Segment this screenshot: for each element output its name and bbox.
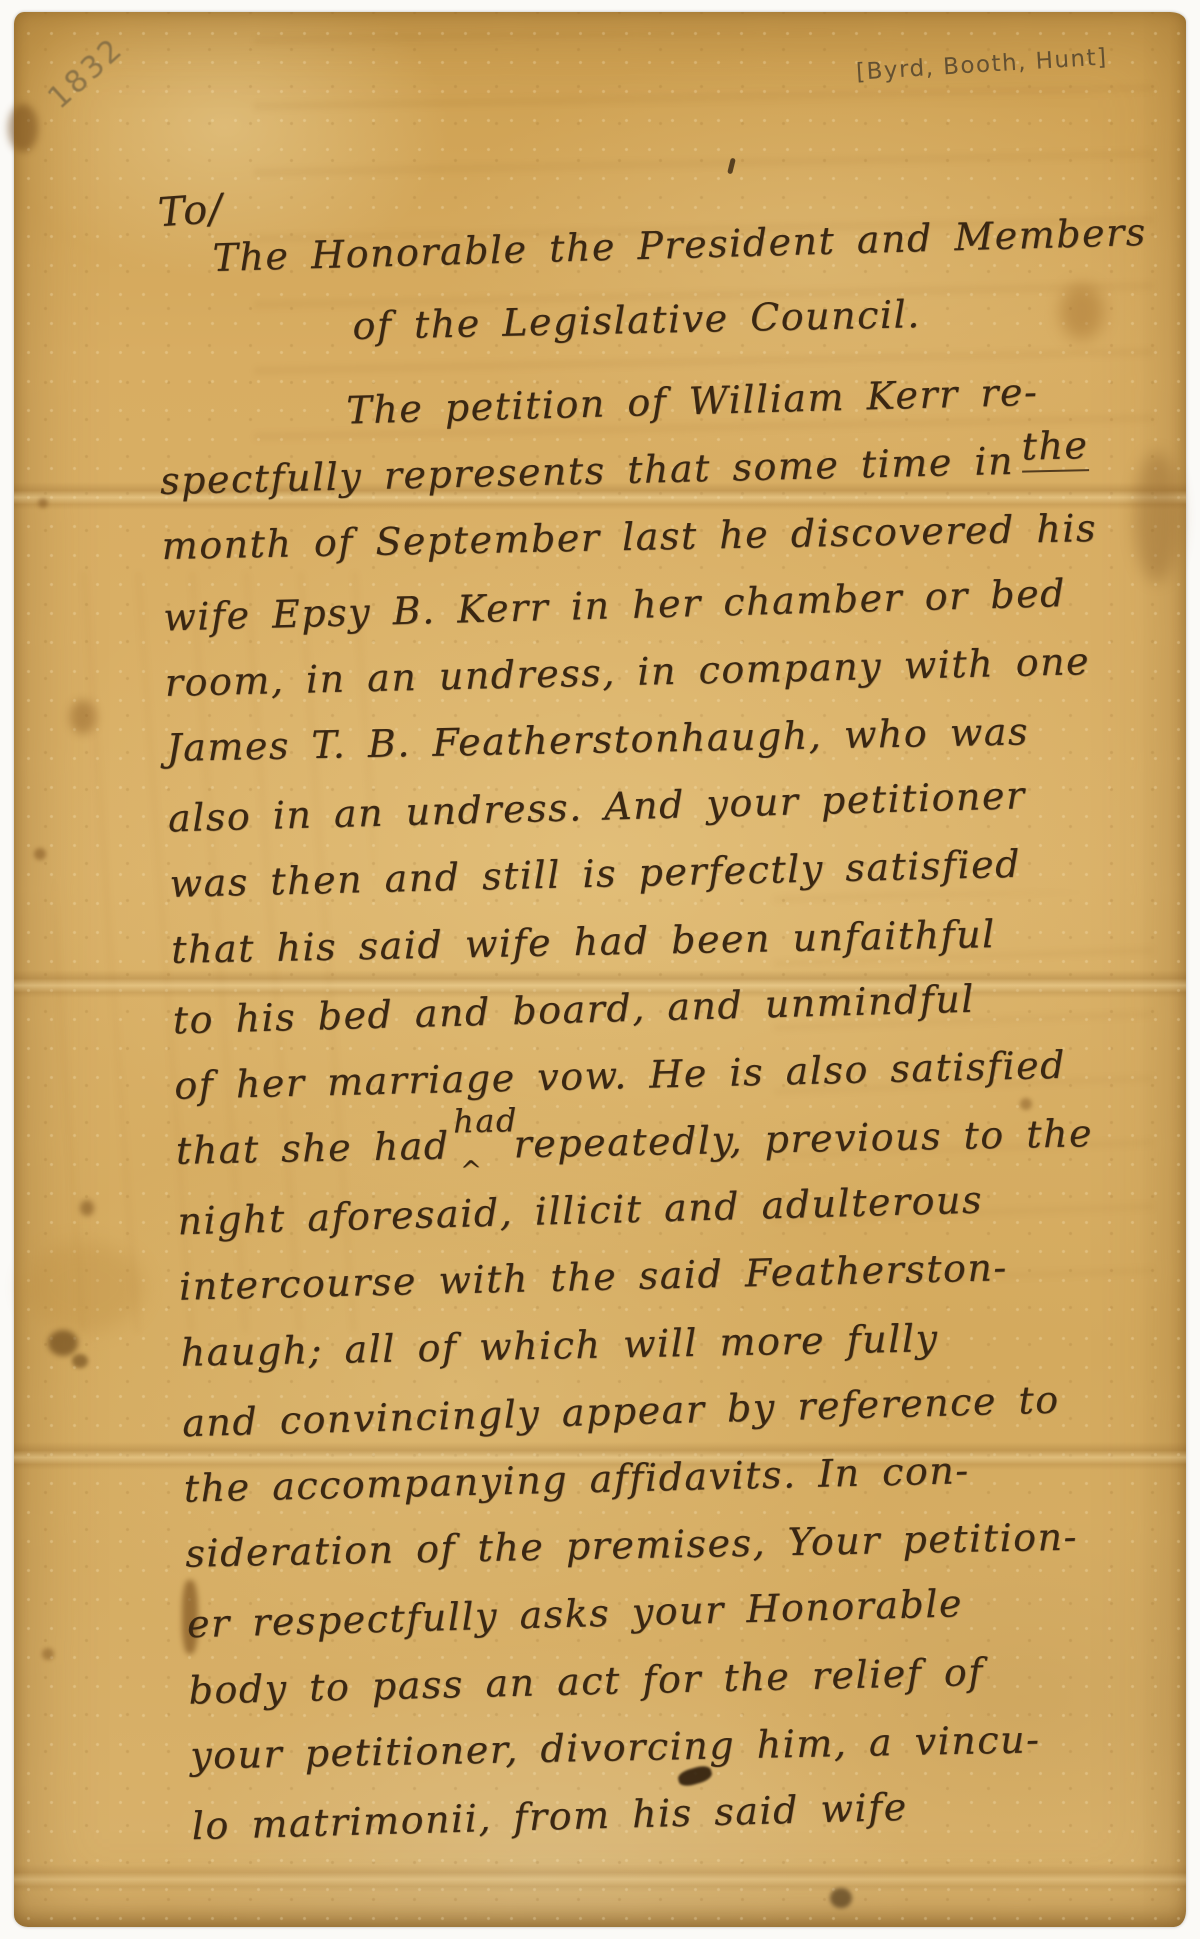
paper-stain [72,1354,88,1368]
paper-stain [1060,284,1104,340]
caret-insertion: had^ [450,1147,514,1158]
paper-stain [830,1888,852,1908]
insertion-caret: ^ [460,1156,484,1186]
paper-stain [38,498,48,508]
line-text: that she had [176,1124,451,1173]
paper-stain [70,700,96,734]
salutation-to: To/ [156,186,225,236]
paper-stain [34,848,46,860]
inserted-word: had [453,1101,518,1140]
manuscript-paper: 1832 [Byrd, Booth, Hunt] To/ The Honorab… [14,12,1186,1927]
raised-word: the [1021,423,1089,473]
edge-crinkle-shadow [1134,452,1180,582]
water-stain [24,1242,144,1332]
paper-stain [48,1330,78,1356]
paper-stain [80,1200,94,1216]
paper-stain [42,1648,54,1660]
fold-crease [14,1864,1186,1892]
heading-line-1: The Honorable the President and Members [212,210,1147,280]
pencil-year-annotation: 1832 [42,31,131,116]
paper-stain [8,104,38,152]
scan-canvas: { "document": { "kind": "handwritten pet… [0,0,1200,1939]
heading-line-2: of the Legislative Council. [352,292,921,348]
archival-names-annotation: [Byrd, Booth, Hunt] [855,44,1108,85]
ink-tick-mark [727,158,736,175]
petition-body: The petition of William Kerr re- spectfu… [158,371,1098,1870]
